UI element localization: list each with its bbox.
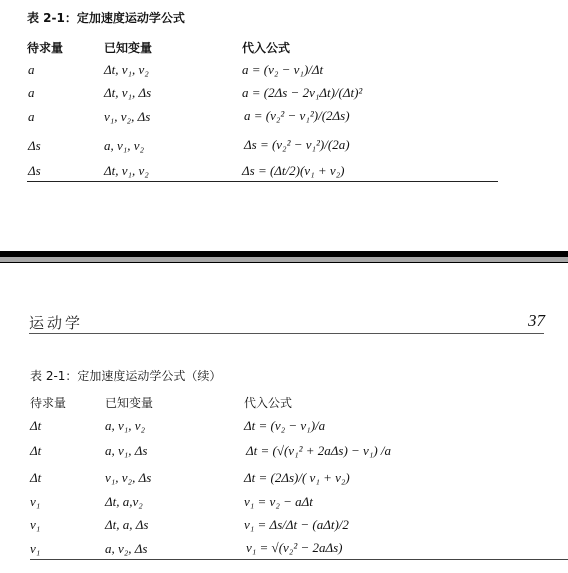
cell-unknown: a (28, 85, 35, 101)
cell-unknown: Δs (28, 163, 41, 179)
cell-unknown: Δt (30, 470, 41, 486)
cell-known: v₁, v₂, Δs (105, 470, 151, 486)
header-formula: 代入公式 (242, 39, 290, 56)
header-formula: 代入公式 (244, 394, 292, 411)
cell-unknown: v₁ (30, 494, 40, 510)
cell-formula: a = (v₂ − v₁)/Δt (242, 62, 323, 78)
cell-known: a, v₁, Δs (105, 443, 147, 459)
running-head-rule (29, 333, 544, 334)
cell-known: Δt, v₁, v₂ (104, 62, 149, 78)
cell-unknown: Δt (30, 418, 41, 434)
cell-formula: Δt = (v₂ − v₁)/a (244, 418, 325, 434)
table-bottom-rule (30, 559, 568, 560)
table-bottom-rule (27, 181, 498, 182)
cell-formula: Δs = (v₂² − v₁²)/(2a) (244, 137, 350, 153)
cell-known: v₁, v₂, Δs (104, 109, 150, 125)
cell-formula: Δt = (2Δs)/( v₁ + v₂) (244, 470, 350, 486)
cell-known: Δt, v₁, v₂ (104, 163, 149, 179)
cell-unknown: Δs (28, 138, 41, 154)
cell-unknown: a (28, 62, 35, 78)
cell-formula: Δs = (Δt/2)(v₁ + v₂) (242, 163, 344, 179)
cell-formula: a = (2Δs − 2v₁Δt)/(Δt)² (242, 85, 362, 101)
cell-formula: a = (v₂² − v₁²)/(2Δs) (244, 108, 350, 124)
table-caption: 表 2-1：定加速度运动学公式（续） (30, 367, 221, 384)
header-unknown: 待求量 (27, 39, 63, 56)
cell-known: a, v₂, Δs (105, 541, 147, 557)
cell-formula: v₁ = v₂ − aΔt (244, 494, 313, 510)
cell-formula: Δt = (√(v₁² + 2aΔs) − v₁) /a (246, 443, 391, 459)
cell-unknown: v₁ (30, 517, 40, 533)
cell-known: Δt, a,v₂ (105, 494, 143, 510)
cell-known: Δt, a, Δs (105, 517, 148, 533)
page-number: 37 (528, 311, 545, 331)
header-known: 已知变量 (105, 394, 153, 411)
cell-formula: v₁ = Δs/Δt − (aΔt)/2 (244, 517, 349, 533)
page-separator-line (0, 262, 568, 263)
cell-known: a, v₁, v₂ (104, 138, 144, 154)
cell-known: Δt, v₁, Δs (104, 85, 151, 101)
cell-known: a, v₁, v₂ (105, 418, 145, 434)
running-head: 运动学 (29, 312, 83, 333)
cell-formula: v₁ = √(v₂² − 2aΔs) (246, 540, 343, 556)
cell-unknown: a (28, 109, 35, 125)
header-unknown: 待求量 (30, 394, 66, 411)
table-caption: 表 2-1：定加速度运动学公式 (27, 9, 185, 26)
cell-unknown: v₁ (30, 541, 40, 557)
header-known: 已知变量 (104, 39, 152, 56)
cell-unknown: Δt (30, 443, 41, 459)
